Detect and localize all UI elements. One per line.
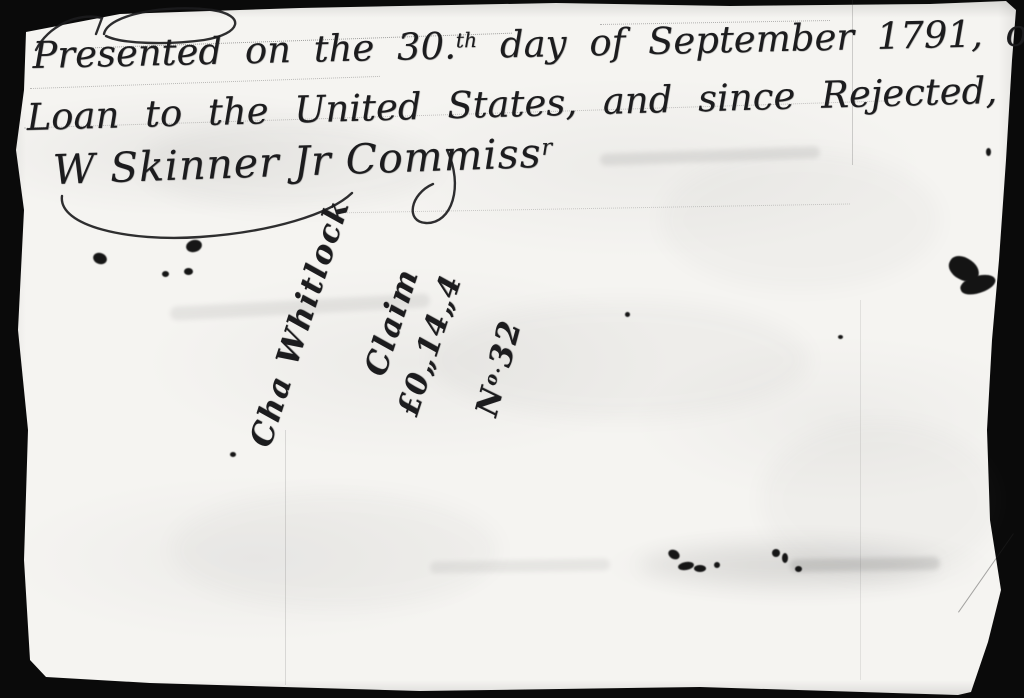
superscript-th: th (455, 28, 477, 52)
docket-number-pre: N (469, 382, 512, 421)
docket-number-sup: o. (480, 362, 505, 387)
superscript-r: r (541, 134, 554, 160)
document-scan: Presented on the 30.th day of September … (0, 0, 1024, 698)
